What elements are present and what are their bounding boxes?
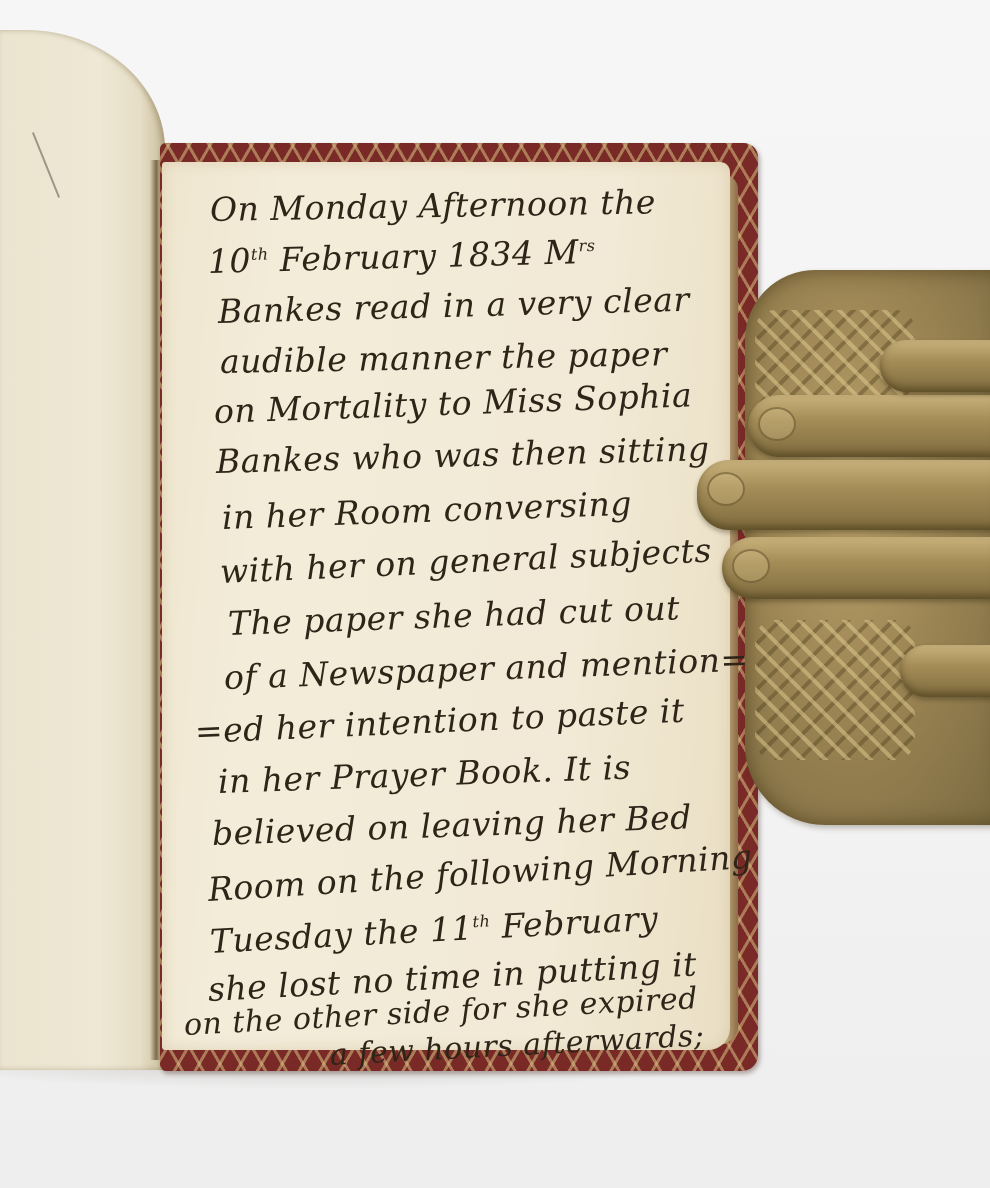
ordinal-suffix: th (251, 244, 269, 263)
line-text: February (501, 899, 660, 946)
manuscript-line-10: of a Newspaper and mention= (223, 640, 749, 697)
line-text: audible manner the paper (220, 334, 668, 381)
brass-finger-middle (697, 460, 990, 530)
line-text: on Mortality to Miss Sophia (213, 375, 692, 431)
line-text: with her on general subjects (219, 531, 712, 591)
fingernail-icon (707, 472, 745, 506)
page-crease-mark (32, 132, 60, 198)
handwritten-text: On Monday Afternoon the 10th February 18… (200, 180, 730, 1040)
brass-finger-small (900, 645, 990, 697)
clip-scale-pattern-bottom (755, 620, 915, 760)
manuscript-line-1: On Monday Afternoon the (210, 182, 657, 229)
brass-finger-ring (722, 537, 990, 599)
line-text: of a Newspaper and mention= (223, 640, 749, 697)
manuscript-line-3: Bankes read in a very clear (217, 280, 690, 331)
manuscript-line-11: =ed her intention to paste it (194, 691, 685, 751)
manuscript-line-5: on Mortality to Miss Sophia (213, 375, 692, 431)
line-text: February 1834 M (279, 232, 579, 279)
line-text: Bankes read in a very clear (217, 280, 690, 331)
manuscript-line-2: 10th February 1834 Mrs (207, 232, 596, 281)
manuscript-line-7: in her Room conversing (221, 484, 632, 537)
ordinal-suffix: th (472, 911, 491, 931)
line-text: in her Prayer Book. It is (217, 748, 631, 801)
line-text: The paper she had cut out (227, 588, 680, 643)
left-blank-page (0, 30, 165, 1070)
manuscript-line-4: audible manner the paper (220, 334, 668, 381)
manuscript-line-8: with her on general subjects (219, 531, 712, 591)
manuscript-line-6: Bankes who was then sitting (215, 429, 709, 481)
line-text: Bankes who was then sitting (215, 429, 709, 481)
line-text: On Monday Afternoon the (210, 182, 657, 229)
line-text: =ed her intention to paste it (194, 691, 685, 751)
line-text: in her Room conversing (221, 484, 632, 537)
fingernail-icon (732, 549, 770, 583)
line-text: Tuesday the 11 (209, 908, 474, 961)
fingernail-icon (758, 407, 796, 441)
brass-finger-index (748, 395, 990, 457)
manuscript-line-9: The paper she had cut out (227, 588, 680, 643)
title-suffix: rs (578, 236, 595, 255)
manuscript-line-12: in her Prayer Book. It is (217, 748, 631, 801)
day-number: 10 (207, 241, 251, 281)
brass-thumb-top (880, 340, 990, 392)
